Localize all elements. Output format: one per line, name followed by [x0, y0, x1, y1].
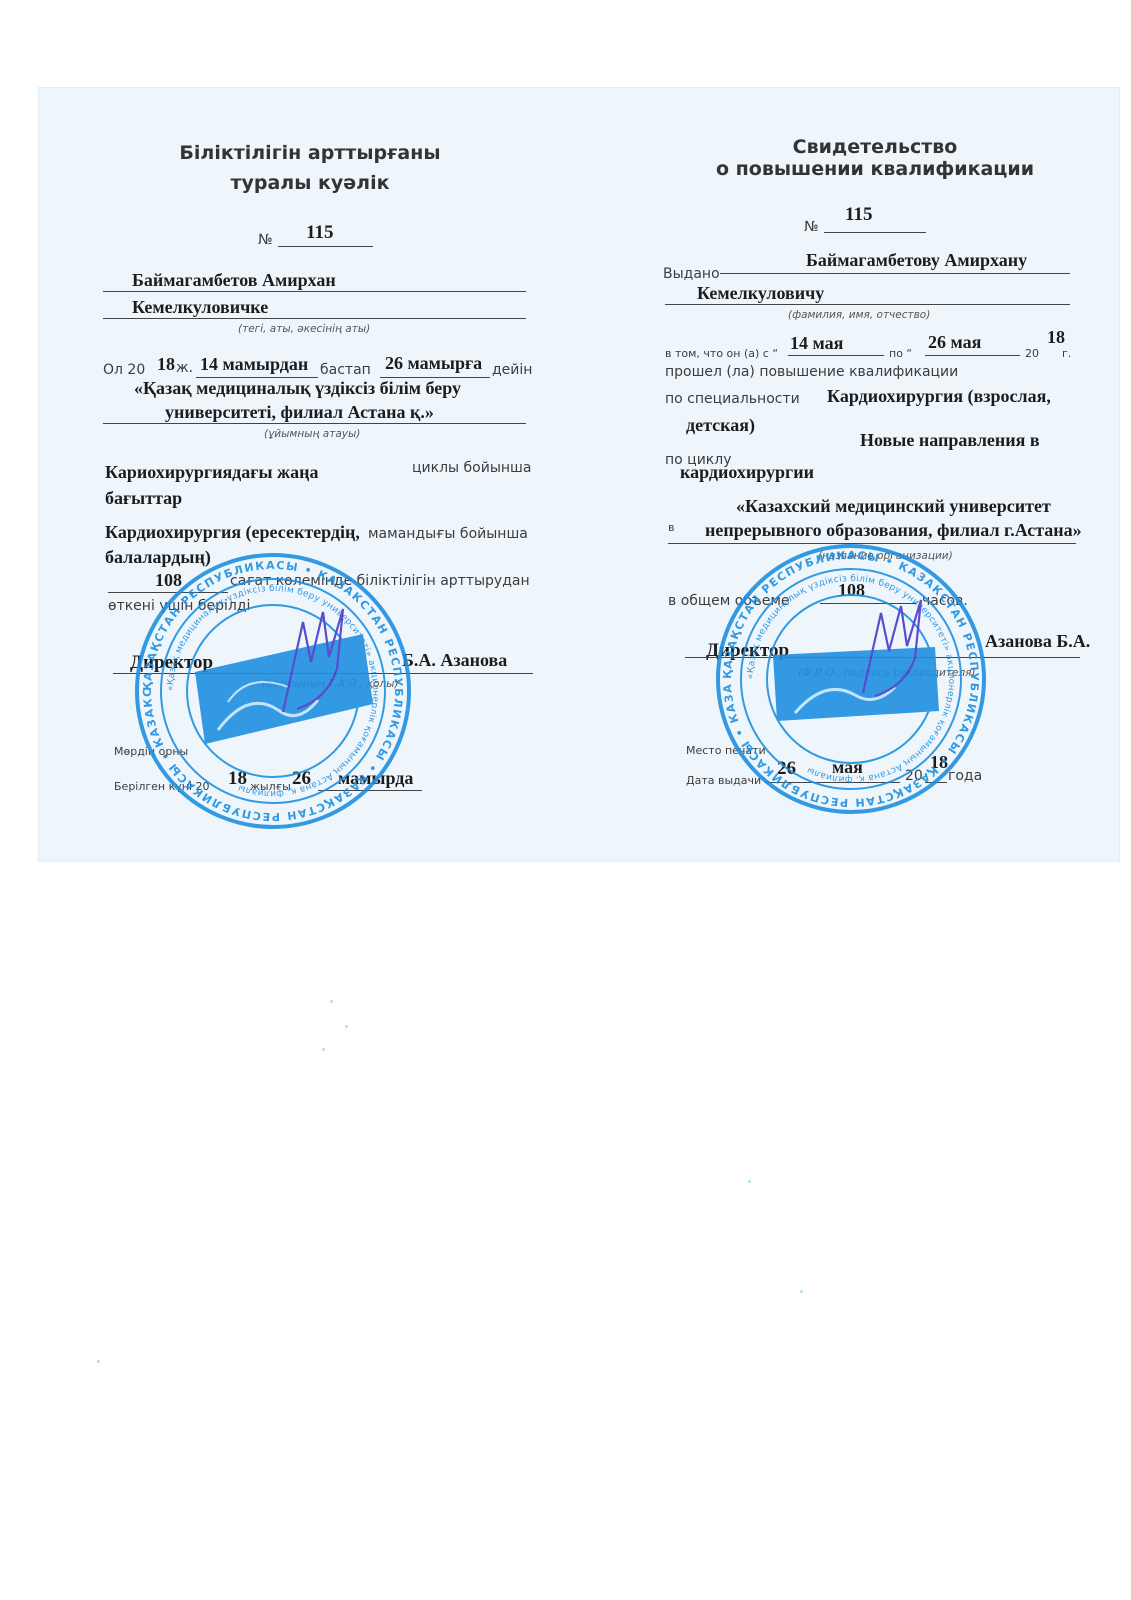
ru-number-label: №: [804, 219, 819, 235]
kz-period-end: 26 мамырға: [385, 353, 482, 374]
kz-org-line1: «Қазақ медициналық үздіксіз білім беру: [134, 378, 461, 399]
kz-title-line1: Біліктілігін арттырғаны: [150, 142, 470, 164]
official-seal-left: ҚАЗАҚСТАН РЕСПУБЛИКАСЫ • КАЗАКСТАН РЕСПУ…: [133, 552, 413, 830]
kz-name-caption: (тегі, аты, әкесінің аты): [238, 323, 370, 335]
ru-period-start: 14 мая: [790, 333, 843, 354]
ru-name-line1: Баймагамбетову Амирхану: [806, 250, 1027, 271]
kz-cycle-label: циклы бойынша: [412, 460, 531, 476]
kz-title-line2: туралы куәлік: [150, 172, 470, 194]
kz-number-label: №: [258, 232, 273, 248]
ru-period-prefix: в том, что он (а) с “: [665, 347, 778, 360]
kz-specialty-value-line1: Кардиохирургия (ересектердің,: [105, 522, 360, 543]
kz-period-until: дейін: [492, 362, 532, 378]
kz-org-line2: университеті, филиал Астана қ.»: [165, 402, 434, 423]
ru-completed-text: прошел (ла) повышение квалификации: [665, 364, 958, 380]
ru-specialty-label: по специальности: [665, 391, 800, 407]
ru-name-line2: Кемелкуловичу: [697, 283, 824, 304]
seal-icon: ҚАЗАҚСТАН РЕСПУБЛИКАСЫ • КАЗАКСТАН РЕСПУ…: [713, 543, 989, 815]
kz-period-prefix: Ол 20: [103, 362, 145, 378]
ru-period-year: 18: [1047, 327, 1065, 348]
kz-number-value: 115: [306, 222, 333, 244]
ru-org-line1: «Казахский медицинский университет: [736, 496, 1051, 517]
ru-org-line2: непрерывного образования, филиал г.Астан…: [705, 520, 1082, 541]
ru-title-line2: о повышении квалификации: [700, 158, 1050, 180]
kz-name-line1: Баймагамбетов Амирхан: [132, 270, 336, 291]
ru-issued-label: Выдано: [663, 266, 720, 282]
ru-title-line1: Свидетельство: [700, 136, 1050, 158]
ru-org-prefix: в: [668, 521, 674, 534]
kz-signer-name: Б.А. Азанова: [402, 650, 507, 671]
ru-number-value: 115: [845, 204, 872, 226]
ru-period-end: 26 мая: [928, 332, 981, 353]
kz-cycle-value-line2: бағыттар: [105, 488, 182, 509]
ru-period-year-prefix: 20: [1025, 347, 1039, 360]
ru-period-to: по “: [889, 347, 912, 360]
kz-period-year-suffix: ж.: [176, 360, 193, 376]
ru-name-caption: (фамилия, имя, отчество): [788, 309, 930, 321]
kz-name-line2: Кемелкуловичке: [132, 297, 268, 318]
seal-icon: ҚАЗАҚСТАН РЕСПУБЛИКАСЫ • КАЗАКСТАН РЕСПУ…: [133, 552, 413, 830]
ru-cycle-value-line2: кардиохирургии: [680, 462, 814, 483]
ru-cycle-value-line1: Новые направления в: [860, 430, 1040, 451]
ru-specialty-value-line2: детская): [686, 415, 755, 436]
kz-cycle-value-line1: Кариохирургиядағы жаңа: [105, 462, 318, 483]
kz-period-year: 18: [157, 354, 175, 375]
ru-period-year-suffix: г.: [1062, 347, 1071, 360]
official-seal-right: ҚАЗАҚСТАН РЕСПУБЛИКАСЫ • КАЗАКСТАН РЕСПУ…: [713, 543, 989, 815]
kz-period-from: бастап: [320, 362, 371, 378]
kz-period-start: 14 мамырдан: [200, 354, 308, 375]
ru-signer-name: Азанова Б.А.: [985, 631, 1090, 652]
kz-specialty-label: мамандығы бойынша: [368, 526, 528, 542]
ru-specialty-value-line1: Кардиохирургия (взрослая,: [827, 386, 1051, 407]
kz-org-caption: (ұйымның атауы): [264, 428, 360, 440]
